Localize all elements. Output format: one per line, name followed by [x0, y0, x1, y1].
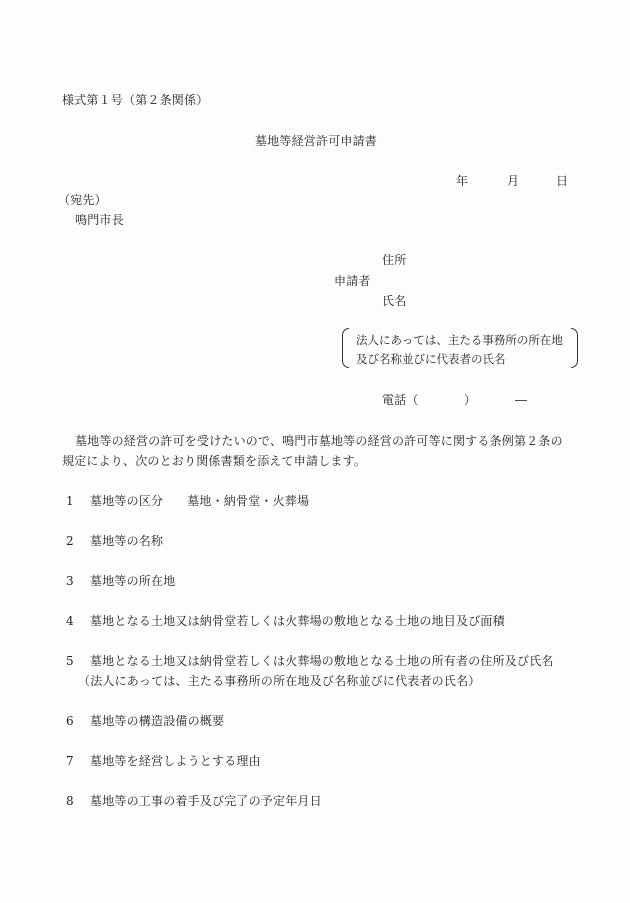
facility-type-options: 墓地・納骨堂・火葬場: [187, 494, 309, 508]
addressee-name: 鳴門市長: [75, 213, 124, 227]
item-text: 墓地等の所在地: [90, 574, 175, 588]
item-number: 1: [66, 494, 90, 508]
list-item-4: 4墓地となる土地又は納骨堂若しくは火葬場の敷地となる土地の地目及び面積: [66, 614, 505, 628]
item-number: 7: [66, 754, 90, 768]
phone-close-paren: ）: [464, 393, 476, 407]
list-item-5: 5墓地となる土地又は納骨堂若しくは火葬場の敷地となる土地の所有者の住所及び氏名: [66, 654, 554, 668]
date-day-label: 日: [556, 174, 568, 188]
item-number: 5: [66, 654, 90, 668]
item-text: 墓地等を経営しようとする理由: [90, 754, 261, 768]
corporate-note-bracket: 法人にあっては、主たる事務所の所在地 及び名称並びに代表者の氏名: [342, 328, 578, 368]
form-number: 様式第１号（第２条関係）: [62, 93, 208, 107]
item-text: 墓地となる土地又は納骨堂若しくは火葬場の敷地となる土地の地目及び面積: [90, 614, 505, 628]
item-number: 6: [66, 714, 90, 728]
applicant-label: 申請者: [334, 274, 371, 288]
item-text: 墓地等の工事の着手及び完了の予定年月日: [90, 794, 322, 808]
date-year-label: 年: [456, 174, 468, 188]
list-item-6: 6墓地等の構造設備の概要: [66, 714, 224, 728]
list-item-1: 1墓地等の区分墓地・納骨堂・火葬場: [66, 494, 309, 508]
phone-label: 電話（: [382, 393, 419, 407]
phone-dash: ―: [515, 393, 527, 407]
list-item-8: 8墓地等の工事の着手及び完了の予定年月日: [66, 794, 322, 808]
name-label: 氏名: [382, 294, 406, 308]
item-number: 2: [66, 534, 90, 548]
body-paragraph-line-2: 規定により、次のとおり関係書類を添えて申請します。: [62, 454, 366, 468]
item-text: 墓地等の名称: [90, 534, 163, 548]
address-label: 住所: [382, 253, 406, 267]
left-bracket: [342, 328, 349, 368]
list-item-3: 3墓地等の所在地: [66, 574, 175, 588]
item-text: 墓地となる土地又は納骨堂若しくは火葬場の敷地となる土地の所有者の住所及び氏名: [90, 654, 554, 668]
page-title: 墓地等経営許可申請書: [255, 134, 377, 148]
corporate-note-line-2: 及び名称並びに代表者の氏名: [356, 352, 506, 366]
item-number: 4: [66, 614, 90, 628]
list-item-5-subtext: （法人にあっては、主たる事務所の所在地及び名称並びに代表者の氏名）: [78, 674, 480, 688]
corporate-note-line-1: 法人にあっては、主たる事務所の所在地: [356, 333, 563, 347]
date-month-label: 月: [507, 174, 519, 188]
body-paragraph-line-1: 墓地等の経営の許可を受けたいので、鳴門市墓地等の経営の許可等に関する条例第２条の: [75, 434, 563, 448]
list-item-7: 7墓地等を経営しようとする理由: [66, 754, 261, 768]
item-text: 墓地等の構造設備の概要: [90, 714, 224, 728]
item-number: 3: [66, 574, 90, 588]
addressee-label: （宛先）: [58, 193, 107, 207]
item-text: 墓地等の区分: [90, 494, 163, 508]
item-number: 8: [66, 794, 90, 808]
list-item-2: 2墓地等の名称: [66, 534, 163, 548]
right-bracket: [571, 328, 578, 368]
